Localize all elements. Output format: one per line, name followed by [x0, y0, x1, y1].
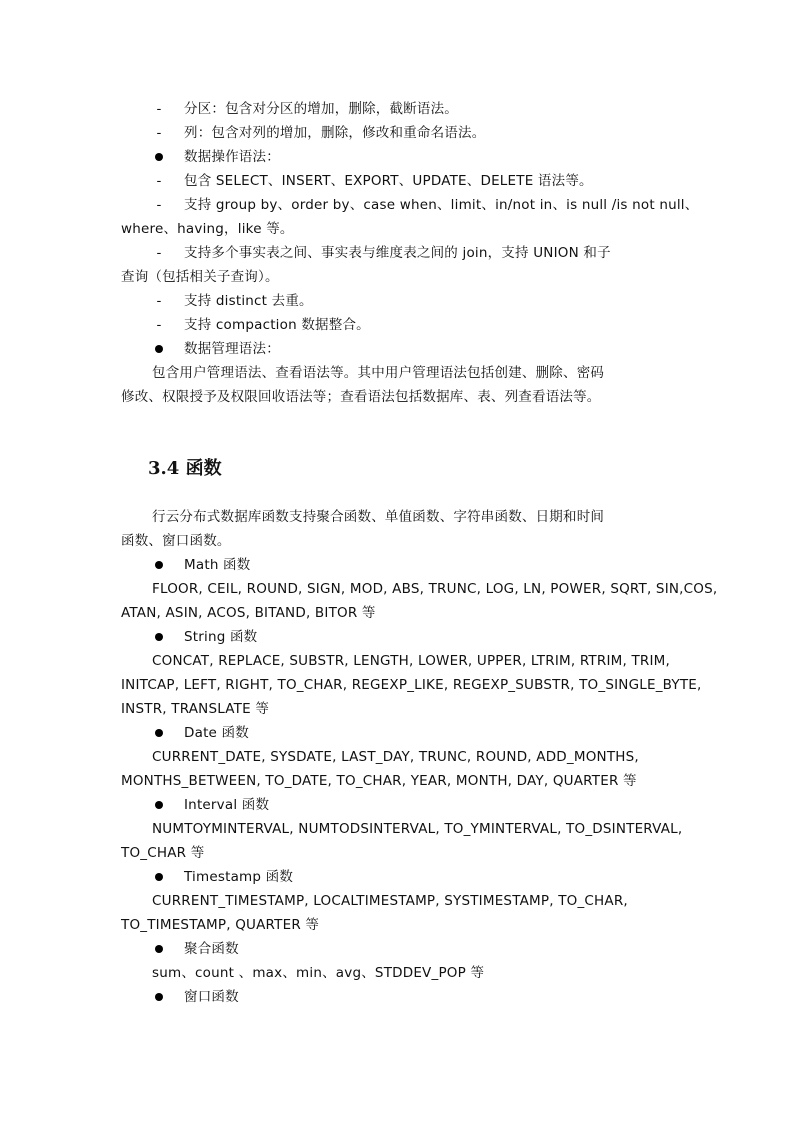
bullet-icon [153, 793, 165, 817]
dash-marker: - [153, 313, 165, 337]
bullet-icon [153, 145, 165, 169]
dash-marker: - [153, 241, 165, 265]
bullet-icon [153, 625, 165, 649]
bullet-icon [153, 865, 165, 889]
bullet-icon [153, 721, 165, 745]
dash-marker: - [153, 169, 165, 193]
dash-marker: - [153, 97, 165, 121]
dash-marker: - [153, 289, 165, 313]
dash-marker: - [153, 121, 165, 145]
dash-marker: - [153, 193, 165, 217]
document-page: -分区：包含对分区的增加，删除，截断语法。 -列：包含对列的增加，删除，修改和重… [0, 0, 793, 1122]
bullet-icon [153, 337, 165, 361]
bullet-icon [153, 937, 165, 961]
bullet-icon [153, 985, 165, 1009]
bullet-icon [153, 553, 165, 577]
section-heading: 3.4 函数 [148, 456, 222, 482]
